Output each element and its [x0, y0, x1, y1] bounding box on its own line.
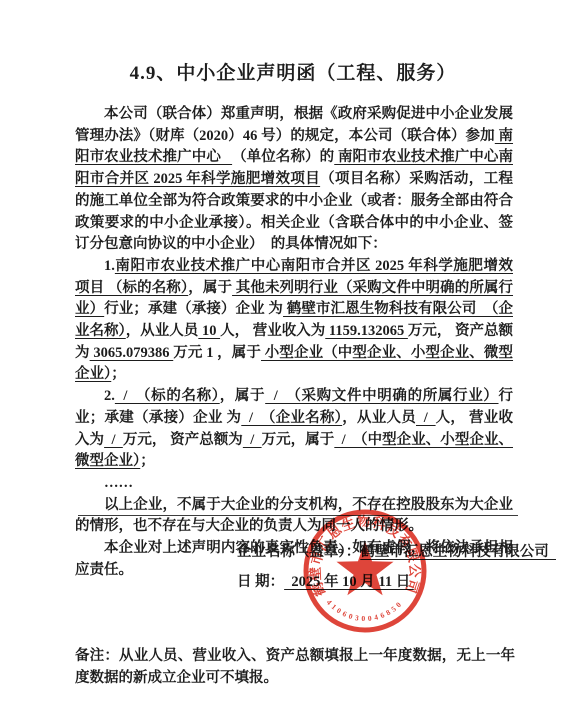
filled-blank-text: /: [104, 432, 123, 448]
paragraph-intro: 本公司（联合体）郑重声明，根据《政府采购促进中小企业发展管理办法》（财库（202…: [75, 104, 513, 256]
static-text: 行业；承建（承接）企业 为: [104, 301, 283, 317]
static-text: （单位名称）的: [232, 149, 334, 165]
paragraph-item-1: 1.南阳市农业技术推广中心南阳市合并区 2025 年科学施肥增效项目 （标的名称…: [75, 256, 513, 386]
company-seal-stamp: 鹤壁市汇恩生物科技有限公司 4106030046850: [299, 505, 431, 637]
static-text: ，属于: [188, 280, 232, 296]
filled-blank-text: 1159.132065: [325, 323, 408, 339]
static-text: ，从业人员: [126, 323, 199, 339]
paragraph-ellipsis: ……: [75, 473, 513, 495]
static-text: 万元， 资产总额为: [123, 432, 243, 448]
static-text: ；: [140, 453, 155, 469]
filled-blank-text: 10: [198, 323, 220, 339]
static-text: 万元 1 ，属于: [173, 345, 261, 361]
seal-number-text: 4106030046850: [325, 598, 404, 623]
paragraph-no-large-enterprise: 以上企业，不属于大企业的分支机构，不存在控股股东为大企业的情形，也不存在与大企业…: [75, 495, 513, 538]
filled-blank-text: / （标的名称）: [115, 388, 220, 404]
static-text: ……: [104, 475, 133, 491]
filled-blank-text: / （采购文件中明确的所属行业）: [265, 388, 498, 404]
declaration-document-page: 4.9、中小企业声明函（工程、服务） 本公司（联合体）郑重声明，根据《政府采购促…: [0, 0, 586, 701]
filled-blank-text: /: [416, 410, 436, 426]
filled-blank-text: 3065.079386: [90, 345, 174, 361]
date-label: 日 期：: [237, 574, 284, 590]
static-text: 1.: [104, 258, 115, 274]
static-text: 人， 营业收入为: [220, 323, 325, 339]
static-text: ，从业人员: [342, 410, 416, 426]
document-body: 本公司（联合体）郑重声明，根据《政府采购促进中小企业发展管理办法》（财库（202…: [75, 104, 513, 581]
static-text: ；: [111, 366, 126, 382]
static-text: 万元，属于: [262, 432, 335, 448]
static-text: 2.: [104, 388, 115, 404]
filled-blank-text: /: [243, 432, 262, 448]
static-text: ，属于: [220, 388, 265, 404]
paragraph-item-2: 2. / （标的名称），属于 / （采购文件中明确的所属行业）行业；承建（承接）…: [75, 386, 513, 473]
static-text: 本公司（联合体）郑重声明，根据《政府采购促进中小企业发展管理办法》（财库（202…: [75, 106, 513, 144]
seal-star-icon: [336, 541, 393, 595]
page-title: 4.9、中小企业声明函（工程、服务）: [0, 58, 586, 85]
footnote-remark: 备注：从业人员、营业收入、资产总额填报上一年度数据，无上一年度数据的新成立企业可…: [75, 645, 515, 689]
separator-line: [78, 515, 518, 516]
filled-blank-text: / （企业名称）: [241, 410, 342, 426]
